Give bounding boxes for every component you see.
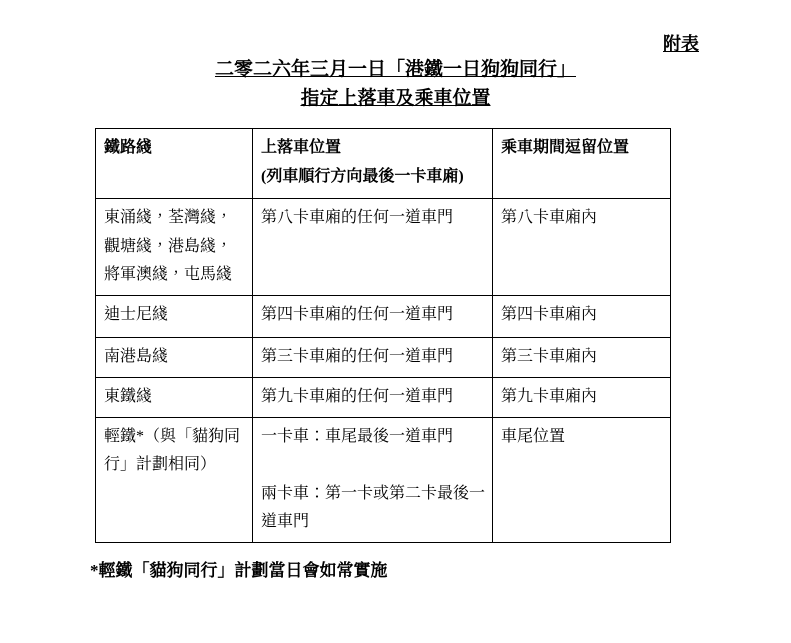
cell-riding-position: 第四卡車廂內 (493, 296, 671, 338)
header-boarding-position: 上落車位置 (列車順行方向最後一卡車廂) (253, 129, 493, 199)
title-line-1: 二零二六年三月一日「港鐵一日狗狗同行」 (0, 55, 791, 84)
cell-boarding-position: 一卡車：車尾最後一道車門 兩卡車：第一卡或第二卡最後一 道車門 (253, 417, 493, 542)
cell-line: 行」計劃相同） (104, 451, 244, 480)
title-line-2: 指定上落車及乘車位置 (0, 84, 791, 113)
cell-line: 第八卡車廂的任何一道車門 (261, 204, 484, 233)
cell-line: 第三卡車廂的任何一道車門 (261, 343, 484, 372)
table-row-east-rail-line: 東鐵綫 第九卡車廂的任何一道車門 第九卡車廂內 (96, 377, 671, 417)
cell-riding-position: 第八卡車廂內 (493, 199, 671, 296)
appendix-label: 附表 (663, 30, 699, 56)
cell-line: 第九卡車廂內 (501, 383, 662, 412)
cell-railway-line: 輕鐵*（與「貓狗同 行」計劃相同） (96, 417, 253, 542)
cell-line: 輕鐵*（與「貓狗同 (104, 423, 244, 452)
positions-table: 鐵路綫 上落車位置 (列車順行方向最後一卡車廂) 乘車期間逗留位置 東涌綫，荃灣… (95, 128, 671, 543)
cell-line: 觀塘綫，港島綫， (104, 233, 244, 262)
cell-line: 乘車期間逗留位置 (501, 134, 662, 163)
table-row-urban-lines: 東涌綫，荃灣綫， 觀塘綫，港島綫， 將軍澳綫，屯馬綫 第八卡車廂的任何一道車門 … (96, 199, 671, 296)
cell-line: 鐵路綫 (104, 134, 244, 163)
table-row-south-island-line: 南港島綫 第三卡車廂的任何一道車門 第三卡車廂內 (96, 338, 671, 378)
cell-line: 南港島綫 (104, 343, 244, 372)
cell-line: 東鐵綫 (104, 383, 244, 412)
cell-line: 第八卡車廂內 (501, 204, 662, 233)
header-railway-line: 鐵路綫 (96, 129, 253, 199)
cell-boarding-position: 第三卡車廂的任何一道車門 (253, 338, 493, 378)
cell-line: (列車順行方向最後一卡車廂) (261, 163, 484, 192)
cell-line: 一卡車：車尾最後一道車門 (261, 423, 484, 452)
document-title: 二零二六年三月一日「港鐵一日狗狗同行」 指定上落車及乘車位置 (0, 55, 791, 113)
cell-line: 車尾位置 (501, 423, 662, 452)
cell-line: 道車門 (261, 508, 484, 537)
table-header-row: 鐵路綫 上落車位置 (列車順行方向最後一卡車廂) 乘車期間逗留位置 (96, 129, 671, 199)
cell-line: 第九卡車廂的任何一道車門 (261, 383, 484, 412)
cell-riding-position: 第九卡車廂內 (493, 377, 671, 417)
cell-line: 將軍澳綫，屯馬綫 (104, 261, 244, 290)
cell-line: 東涌綫，荃灣綫， (104, 204, 244, 233)
cell-line (261, 451, 484, 480)
cell-line: 第四卡車廂內 (501, 301, 662, 330)
cell-railway-line: 迪士尼綫 (96, 296, 253, 338)
cell-line: 第四卡車廂的任何一道車門 (261, 301, 484, 330)
header-riding-position: 乘車期間逗留位置 (493, 129, 671, 199)
table-row-light-rail: 輕鐵*（與「貓狗同 行」計劃相同） 一卡車：車尾最後一道車門 兩卡車：第一卡或第… (96, 417, 671, 542)
cell-boarding-position: 第九卡車廂的任何一道車門 (253, 377, 493, 417)
document-page: 附表 二零二六年三月一日「港鐵一日狗狗同行」 指定上落車及乘車位置 鐵路綫 上落… (0, 0, 791, 643)
table-row-disneyland-line: 迪士尼綫 第四卡車廂的任何一道車門 第四卡車廂內 (96, 296, 671, 338)
cell-boarding-position: 第八卡車廂的任何一道車門 (253, 199, 493, 296)
cell-railway-line: 東鐵綫 (96, 377, 253, 417)
cell-riding-position: 第三卡車廂內 (493, 338, 671, 378)
cell-railway-line: 東涌綫，荃灣綫， 觀塘綫，港島綫， 將軍澳綫，屯馬綫 (96, 199, 253, 296)
cell-line: 兩卡車：第一卡或第二卡最後一 (261, 480, 484, 509)
cell-line: 第三卡車廂內 (501, 343, 662, 372)
cell-line: 上落車位置 (261, 134, 484, 163)
cell-riding-position: 車尾位置 (493, 417, 671, 542)
cell-railway-line: 南港島綫 (96, 338, 253, 378)
footnote: *輕鐵「貓狗同行」計劃當日會如常實施 (90, 556, 388, 581)
cell-line: 迪士尼綫 (104, 301, 244, 330)
cell-boarding-position: 第四卡車廂的任何一道車門 (253, 296, 493, 338)
